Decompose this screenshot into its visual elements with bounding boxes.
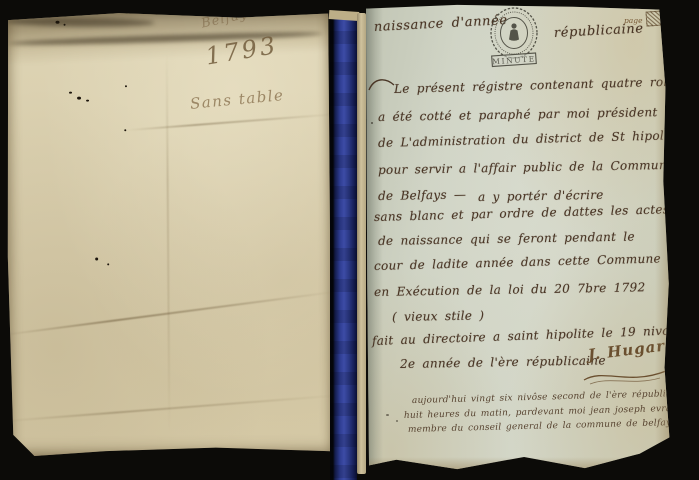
footer-line: membre du conseil general de la commune … bbox=[408, 418, 693, 435]
manuscript-line: a y portér d'écrire bbox=[478, 188, 604, 204]
ink-speckle bbox=[371, 122, 373, 124]
manuscript-line: a été cotté et paraphé par moi président bbox=[378, 105, 658, 124]
right-page: naissance d'année MINUTE républicaine pa… bbox=[366, 4, 670, 470]
opening-flourish-icon bbox=[368, 76, 396, 94]
book-spine bbox=[330, 0, 357, 480]
manuscript-line: pour servir a l'affair public de la Comm… bbox=[378, 158, 675, 177]
manuscript-line: de naissance qui se feront pendant le bbox=[378, 230, 635, 248]
notary-stamp-icon: MINUTE bbox=[478, 6, 550, 72]
manuscript-line: de L'administration du district de St hi… bbox=[378, 128, 681, 150]
manuscript-line: Le présent régistre contenant quatre rol… bbox=[394, 74, 682, 96]
torn-edge-shading bbox=[655, 4, 670, 470]
manuscript-scan: Belfays 1793 Sans table naissance d'anné… bbox=[0, 0, 699, 480]
footer-line: aujourd'hui vingt six nivôse second de l… bbox=[412, 389, 696, 406]
manuscript-line: cour de ladite année dans cette Commune bbox=[374, 251, 661, 273]
stamp-banner-text: MINUTE bbox=[492, 54, 536, 66]
manuscript-line: sans blanc et par ordre de dattes les ac… bbox=[374, 202, 670, 224]
left-page: Belfays 1793 Sans table bbox=[5, 10, 332, 457]
page-edge-shading bbox=[5, 10, 332, 457]
manuscript-line: ( vieux stile ) bbox=[392, 308, 485, 324]
manuscript-line: en Exécution de la loi du 20 7bre 1792 bbox=[374, 280, 646, 299]
corner-annotation: page bbox=[624, 16, 643, 25]
tucked-page-edge bbox=[357, 13, 366, 474]
ink-speckle bbox=[386, 414, 389, 416]
ink-speckle bbox=[396, 420, 398, 422]
manuscript-line: de Belfays — bbox=[378, 187, 467, 203]
closing-line: 2e année de l'ère républicaine bbox=[400, 353, 606, 371]
torn-bottom-shading bbox=[366, 457, 670, 470]
